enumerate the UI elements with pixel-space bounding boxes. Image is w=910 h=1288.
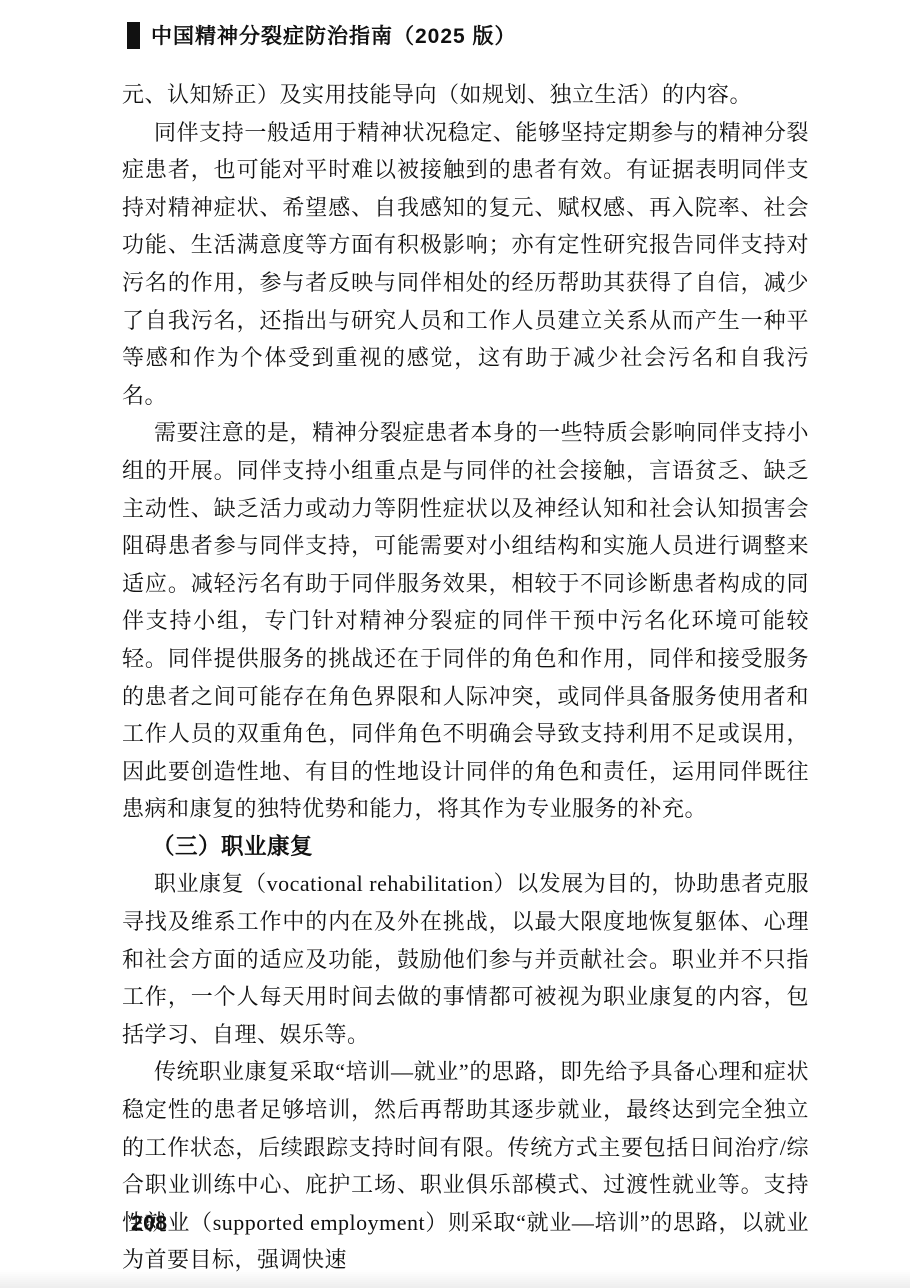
- page-number: 208: [131, 1212, 168, 1236]
- paragraph-traditional-vs-supported-employment: 传统职业康复采取“培训—就业”的思路，即先给予具备心理和症状稳定性的患者足够培训…: [122, 1053, 809, 1279]
- running-header: 中国精神分裂症防治指南（2025 版）: [127, 20, 517, 50]
- paragraph-vocational-definition: 职业康复（vocational rehabilitation）以发展为目的，协助…: [122, 865, 809, 1053]
- running-header-title: 中国精神分裂症防治指南（2025 版）: [151, 20, 517, 50]
- book-page: 中国精神分裂症防治指南（2025 版） 元、认知矫正）及实用技能导向（如规划、独…: [0, 0, 910, 1288]
- paragraph-peer-support-caveats: 需要注意的是，精神分裂症患者本身的一些特质会影响同伴支持小组的开展。同伴支持小组…: [122, 414, 809, 828]
- paragraph-peer-support-applicability: 同伴支持一般适用于精神状况稳定、能够坚持定期参与的精神分裂症患者，也可能对平时难…: [122, 114, 809, 415]
- header-bar-marker-icon: [127, 22, 140, 49]
- section-heading-vocational-rehabilitation: （三）职业康复: [122, 828, 809, 866]
- page-body: 元、认知矫正）及实用技能导向（如规划、独立生活）的内容。 同伴支持一般适用于精神…: [122, 76, 809, 1279]
- paragraph-intro-continuation: 元、认知矫正）及实用技能导向（如规划、独立生活）的内容。: [122, 76, 809, 114]
